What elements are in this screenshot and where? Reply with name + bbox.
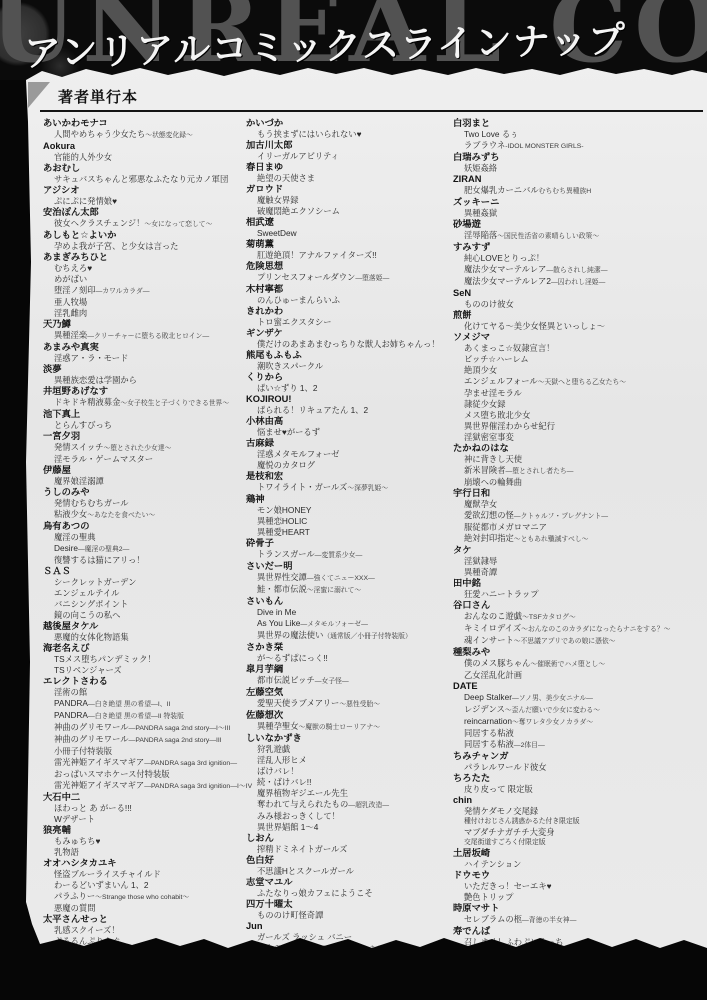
work-title: パラレルワールド彼女 (453, 762, 697, 773)
author-name: ガロウド (246, 184, 453, 195)
work-title: ぱい☆ずり 1、2 (246, 383, 453, 394)
work-title: マブダチナガチチ大変身 (453, 827, 697, 838)
author-name: あまぎみちひと (43, 252, 246, 263)
work-title: 崩壊への輪舞曲 (453, 477, 697, 488)
author-name: 白瑞みずち (453, 152, 697, 163)
work-title: Wデザート (43, 814, 246, 825)
work-title: 不思議Hとスクールガール (246, 866, 453, 877)
paper-fold-icon (28, 82, 50, 108)
work-title: 人間やめちゃう少女たち～状態変化録～ (43, 129, 246, 141)
work-title: 同居する粘液 (453, 728, 697, 739)
author-entry: 海老名えびTSメス堕ちパンデミック！TSリベンジャーズ (43, 643, 246, 676)
author-name: さかき栞 (246, 642, 453, 653)
author-name: 海老名えび (43, 643, 246, 654)
work-title: 淫惑メタモルフォーゼ (246, 449, 453, 460)
author-name: 相武遼 (246, 217, 453, 228)
author-name: ソメジマ (453, 332, 697, 343)
author-entry: 狼亮輔もみゅちち♥乳物語 (43, 825, 246, 858)
work-title: おんなのこ遊戯～TSFカタログ～ (453, 611, 697, 623)
work-title: 淫獄密室事変 (453, 432, 697, 443)
work-title: わーるどいずまいん 1、2 (43, 880, 246, 891)
work-title: もみゅちち♥ (43, 836, 246, 847)
author-name: 春日まゆ (246, 162, 453, 173)
work-title: 都市伝説ビッチ―女子怪― (246, 675, 453, 687)
work-title: 純心LOVEとりっぷ！ (453, 253, 697, 264)
work-title: 異種孕聖女～魔獣の騎士ローリアナ～ (246, 721, 453, 733)
work-title: とらんすびっち (43, 420, 246, 431)
author-name: Jun (246, 921, 453, 932)
author-name: 色白好 (246, 855, 453, 866)
author-name: あまみや真実 (43, 342, 246, 353)
work-title: ぷるるんぷりんぐ (43, 936, 246, 947)
author-name: たかねのはな (453, 443, 697, 454)
work-title: 肥女爆乳カーニバルむちむち異種族H (453, 185, 697, 197)
work-title: 搾精ドミネイトガールズ (246, 844, 453, 855)
work-title: reincarnation～奪ワレタ少女ノカラダ～ (453, 716, 697, 728)
author-name: 志堂マユル (246, 877, 453, 888)
author-name: うしのみや (43, 487, 246, 498)
work-title: エンジェルフォール～天獄へと堕ちる乙女たち～ (453, 376, 697, 388)
author-entry: SeNもののけ彼女 (453, 288, 697, 310)
author-entry: オオハシタカユキ怪盗ブルーライスチャイルドわーるどいずまいん 1、2パラふりー～… (43, 858, 246, 914)
work-title: 魔獣孕女 (453, 499, 697, 510)
author-entry: あまぎみちひとむちえろ♥めがばい堕淫ノ刻印―カワルカラダ―亜人牧場淫乳雌肉 (43, 252, 246, 319)
work-title: Dive in Me (246, 607, 453, 618)
work-title: 復讐するは猫にアリっ！ (43, 555, 246, 566)
work-title: 狩乳遊戯 (246, 744, 453, 755)
author-name: アジシオ (43, 185, 246, 196)
author-entry: 皐月芋綱都市伝説ビッチ―女子怪― (246, 664, 453, 687)
work-title: 悩ませ♥がーるず (246, 427, 453, 438)
section-title: 著者単行本 (58, 86, 697, 107)
author-entry: 木村寧都のんひゅーまんらいふ (246, 284, 453, 306)
author-entry: 危険思想プリンセスフォールダウン―堕落姫― (246, 261, 453, 284)
work-title: 皮り皮って 限定版 (453, 784, 697, 795)
author-entry: 相武遼SweetDew (246, 217, 453, 239)
work-title: 淫乳雌肉 (43, 308, 246, 319)
work-title: けものっ娘通信～理想のケモ娘、あなたにお届け♥～ (246, 943, 453, 955)
author-name: 熊尾もふもふ (246, 350, 453, 361)
work-title: 魔法少女マーテルレア2―囚われし淫姫― (453, 276, 697, 288)
work-title: 搾々みーとぱい (43, 947, 246, 958)
author-name: 四万十曜太 (246, 899, 453, 910)
author-name: 種梨みや (453, 647, 697, 658)
author-entry: きれかわトロ蜜エクスタシー (246, 306, 453, 328)
author-name: ちみチャンガ (453, 751, 697, 762)
author-name: 白羽まと (453, 118, 697, 129)
work-title: PANDRA―白き絶望 黒の希望―I、II (43, 698, 246, 710)
work-title: 魔界娘淫溺譚 (43, 476, 246, 487)
work-title: 異種淫楽―クリーチャーに堕ちる敗北ヒロイン― (43, 330, 246, 342)
work-title: 乳感スクイーズ！ (43, 925, 246, 936)
author-entry: アジシオぷにぷに発情娘♥ (43, 185, 246, 207)
author-entry: ガロウド魔触女界録破魔悶絶エクソシーム (246, 184, 453, 217)
author-name: 宇行日和 (453, 488, 697, 499)
author-name: 皐月芋綱 (246, 664, 453, 675)
work-title: 淫惑ア・ラ・モード (43, 353, 246, 364)
work-title: 粘液少女～あなたを食べたい～ (43, 509, 246, 521)
work-title: めがばい (43, 274, 246, 285)
author-name: 淡夢 (43, 364, 246, 375)
author-entry: 鶏神モン娘HONEY異種恋HOLIC異種愛HEART (246, 494, 453, 538)
author-entry: 烏有あつの魔淫の聖典Desire―魔淫の聖典2―復讐するは猫にアリっ！ (43, 521, 246, 566)
work-title: 魔触女界録 (246, 195, 453, 206)
author-name: くりから (246, 372, 453, 383)
work-title: 亜人牧場 (43, 297, 246, 308)
work-title: ほわっと あ がーる!!! (43, 803, 246, 814)
author-entry: 越後屋タケル悪魔的女体化物語集 (43, 621, 246, 643)
author-entry: 古麻録淫惑メタモルフォーゼ魔悦のカタログ (246, 438, 453, 471)
work-title: 服従都市メガロマニア (453, 522, 697, 533)
author-name: エレクトさわる (43, 676, 246, 687)
work-title: 魔法少女マーテルレア―散らされし純潔― (453, 264, 697, 276)
column-left: あいかわモナコ人間やめちゃう少女たち～状態変化録～Aokura官能的人外少女あお… (43, 118, 246, 978)
author-entry: ドウモウいただきっ！セーエキ♥艶色トリップ (453, 870, 697, 903)
work-title: 同居する粘液―2体目― (453, 739, 697, 751)
author-name: ズッキーニ (453, 197, 697, 208)
work-title: イリーガルアビリティ (246, 151, 453, 162)
author-name: 寿でんば (453, 926, 697, 937)
work-title: トロ蜜エクスタシー (246, 317, 453, 328)
work-title: セレブラムの柩―背徳の半女神― (453, 914, 697, 926)
work-title: PANDRA―白き絶望 黒の希望―II 特装版 (43, 710, 246, 722)
work-title: 続・ばけバレ!! (246, 777, 453, 788)
work-title: As You Like―メタモルフォーゼ― (246, 618, 453, 630)
work-title: もののけ彼女 (453, 299, 697, 310)
author-entry: 種梨みや僕のメス豚ちゃん～催眠術でハメ堕とし～乙女淫乱化計画 (453, 647, 697, 681)
author-entry: 田中銘狂愛ハニートラップ (453, 578, 697, 600)
work-title: もののけ町怪奇譚 (246, 910, 453, 921)
work-title: ふたなりっ娘カフェにようこそ (246, 888, 453, 899)
author-name: 佐藤想次 (246, 710, 453, 721)
author-entry: かいづかもう挟まずにはいられない♥ (246, 118, 453, 140)
author-entry: ギンザケ僕だけのあまあまむっちりな獣人お姉ちゃんっ！ (246, 328, 453, 350)
work-title: プリンセスフォールダウン―堕落姫― (246, 272, 453, 284)
work-title: 魂インサート～不思議アプリであの娘に憑依～ (453, 635, 697, 647)
author-entry: 淡夢異種族恋愛は学園から (43, 364, 246, 386)
work-title: Deep Stalker―ソノ男、美少女ニナル― (453, 692, 697, 704)
author-entry: 左藤空気愛聖天使ラブメアリー～悪性受胎～ (246, 687, 453, 710)
author-name: 谷口さん (453, 600, 697, 611)
author-entry: うしのみや発情むちむちガール粘液少女～あなたを食べたい～ (43, 487, 246, 521)
work-title: SweetDew (246, 228, 453, 239)
scanned-page: UNREAL COM アンリアルコミックスラインナップ 著者単行本 あいかわモナ… (0, 0, 707, 1000)
work-title: 潮吹きスパークル (246, 361, 453, 372)
work-title: 異世界娼館 1～4 (246, 822, 453, 833)
author-entry: 一宮夕羽発情スイッチ～堕とされた少女達～淫モラル・ゲームマスター (43, 431, 246, 465)
author-entry: ＳＡＳシークレットガーデンエンジェルテイルバニシングポイント鏡の向こうの私へ (43, 566, 246, 621)
author-name: 加古川太郎 (246, 140, 453, 151)
work-title: トランスガール―変質系少女― (246, 549, 453, 561)
work-title: 狂愛ハニートラップ (453, 589, 697, 600)
author-name: 危険思想 (246, 261, 453, 272)
author-name: 井垣野あげなす (43, 386, 246, 397)
author-entry: ソメジマあくまっこ☆奴隷宣言！ビッチ☆ハーレム絶頂少女エンジェルフォール～天獄へ… (453, 332, 697, 443)
work-title: 怪盗ブルーライスチャイルド (43, 869, 246, 880)
work-title: 発情スイッチ～堕とされた少女達～ (43, 442, 246, 454)
work-title: 淫モラル・ゲームマスター (43, 454, 246, 465)
work-title: サキュバスちゃんと邪悪なふたなり元カノ軍団 (43, 174, 246, 185)
work-title: Two Love るぅ (453, 129, 697, 140)
author-entry: 安治ぽん太郎彼女へクラスチェンジ！～女になって恋して～ (43, 207, 246, 230)
author-name: オオハシタカユキ (43, 858, 246, 869)
author-name: 是枝和宏 (246, 471, 453, 482)
author-entry: 砕骨子トランスガール―変質系少女― (246, 538, 453, 561)
author-entry: 寿でんば召しませ！ふわぷにえっち (453, 926, 697, 948)
author-name: 田中銘 (453, 578, 697, 589)
author-entry: エレクトさわる淫術の館PANDRA―白き絶望 黒の希望―I、IIPANDRA―白… (43, 676, 246, 792)
author-name: すみすず (453, 242, 697, 253)
author-entry: KOJIROU!ぱられる！リキュアたん 1、2 (246, 394, 453, 416)
work-title: ドキドキ精液募金～女子校生と子づくりできる世界～ (43, 397, 246, 409)
author-name: 鶏神 (246, 494, 453, 505)
work-title: 発情ケダモノ交尾録 (453, 806, 697, 817)
author-name: しおん (246, 833, 453, 844)
work-title: パラふりー～Strange those who cohabit～ (43, 891, 246, 903)
author-entry: あいかわモナコ人間やめちゃう少女たち～状態変化録～ (43, 118, 246, 141)
work-title: 神曲のグリモワール―PANDRA saga 2nd story―I～III (43, 722, 246, 734)
work-title: ハイテンション (453, 859, 697, 870)
work-title: ラブラウネ-IDOL MONSTER GIRLS- (453, 140, 697, 152)
work-title: 孕めよ我が子宮、と少女は言った (43, 241, 246, 252)
author-entry: 宇行日和魔獣孕女愛欲幻想の怪―クトゥルフ・プレグナント―服従都市メガロマニア絶対… (453, 488, 697, 545)
work-title: 乙女淫乱化計画 (453, 670, 697, 681)
work-title: 異世界性交譚―強くてニューXXX― (246, 572, 453, 584)
work-title: 愛聖天使ラブメアリー～悪性受胎～ (246, 698, 453, 710)
work-title: 小冊子付特装版 (43, 746, 246, 757)
author-entry: さかき栞が～るずぱにっく!! (246, 642, 453, 664)
author-entry: 大石中二ほわっと あ がーる!!!Wデザート (43, 792, 246, 825)
author-entry: 砂場遊淫辱陥落～国民性活省の素晴らしい政策～ (453, 219, 697, 242)
work-title: 魔淫の聖典 (43, 532, 246, 543)
author-name: しいなかずき (246, 733, 453, 744)
author-entry: 白瑞みずち妖姫姦絡 (453, 152, 697, 174)
work-title: 雷光神姫アイギスマギア―PANDRA saga 3rd ignition― (43, 757, 246, 769)
work-title: が～るずぱにっく!! (246, 653, 453, 664)
work-title: ハメこみ！―壁穴つき住居へようこそ― (43, 958, 246, 970)
author-entry: DATEDeep Stalker―ソノ男、美少女ニナル―レジデンス～歪んだ願いで… (453, 681, 697, 751)
author-entry: ズッキーニ異種姦獄 (453, 197, 697, 219)
work-title: 化けてヤる～美少女怪異といっしょ～ (453, 321, 697, 332)
author-name: 砂場遊 (453, 219, 697, 230)
work-title: シークレットガーデン (43, 577, 246, 588)
author-entry: 白羽まとTwo Love るぅラブラウネ-IDOL MONSTER GIRLS- (453, 118, 697, 152)
author-name: chin (453, 795, 697, 806)
work-title: 新米冒険者―堕とされし者たち― (453, 465, 697, 477)
author-name: 越後屋タケル (43, 621, 246, 632)
work-title: 孕ませ淫モラル (453, 388, 697, 399)
work-title: 魔悦のカタログ (246, 460, 453, 471)
work-title: 魔界植物ギジエール先生 (246, 788, 453, 799)
author-name: DATE (453, 681, 697, 692)
page-header: UNREAL COM アンリアルコミックスラインナップ (0, 0, 707, 80)
work-title: 種付けおじさん誘惑かるた付き限定版 (453, 817, 697, 827)
author-name: Aokura (43, 141, 246, 152)
work-title: ブラックデザイア―雌堕ち性処理ペット― (246, 966, 453, 978)
work-title: 交尾街道すごろく付限定版 (453, 838, 697, 848)
author-name: 安治ぽん太郎 (43, 207, 246, 218)
work-title: 淫辱陥落～国民性活省の素晴らしい政策～ (453, 230, 697, 242)
author-entry: 谷口さんおんなのこ遊戯～TSFカタログ～キミイロデイズ～おんなのこのカラダになっ… (453, 600, 697, 647)
author-entry: しいなかずき狩乳遊戯淫乱人形ヒメばけバレ！続・ばけバレ!!魔界植物ギジエール先生… (246, 733, 453, 833)
work-title: ぷにぷに発情娘♥ (43, 196, 246, 207)
work-title: バニシングポイント (43, 599, 246, 610)
author-name: ZIRAN (453, 174, 697, 185)
author-entry: あまみや真実淫惑ア・ラ・モード (43, 342, 246, 364)
author-name: 古麻録 (246, 438, 453, 449)
column-middle: かいづかもう挟まずにはいられない♥加古川太郎イリーガルアビリティ春日まゆ絶望の天… (246, 118, 453, 978)
work-title: 絶対封印指定～ともあれ殲滅すべし～ (453, 533, 697, 545)
author-entry: 天乃鱒異種淫楽―クリーチャーに堕ちる敗北ヒロイン― (43, 319, 246, 342)
author-entry: 小林由高悩ませ♥がーるず (246, 416, 453, 438)
author-entry: ちろたた皮り皮って 限定版 (453, 773, 697, 795)
author-entry: 池下真上とらんすびっち (43, 409, 246, 431)
author-name: 天乃鱒 (43, 319, 246, 330)
work-title: ガールズ ラッシュ バニー (246, 932, 453, 943)
author-name: 池下真上 (43, 409, 246, 420)
author-entry: 志堂マユルふたなりっ娘カフェにようこそ (246, 877, 453, 899)
author-entry: 四万十曜太もののけ町怪奇譚 (246, 899, 453, 921)
author-entry: 熊尾もふもふ潮吹きスパークル (246, 350, 453, 372)
work-title: もう挟まずにはいられない♥ (246, 129, 453, 140)
work-title: おっぱいスマホケース付特装版 (43, 769, 246, 780)
author-name: ドウモウ (453, 870, 697, 881)
author-entry: 加古川太郎イリーガルアビリティ (246, 140, 453, 162)
author-entry: chin発情ケダモノ交尾録種付けおじさん誘惑かるた付き限定版マブダチナガチチ大変… (453, 795, 697, 848)
work-title: キミイロデイズ～おんなのこのカラダになったらナニをする？～ (453, 623, 697, 635)
author-name: さいもん (246, 596, 453, 607)
author-name: KOJIROU! (246, 394, 453, 405)
author-name: 狼亮輔 (43, 825, 246, 836)
work-title: 発情むちむちガール (43, 498, 246, 509)
author-name: 砕骨子 (246, 538, 453, 549)
author-entry: しょむブラックデザイア―雌堕ち性処理ペット― (246, 955, 453, 978)
author-name: 太平さんせっと (43, 914, 246, 925)
work-title: 肛遊絶頂！アナルファイターズ!! (246, 250, 453, 261)
work-title: 異種恋HOLIC (246, 516, 453, 527)
work-title: みみ様おっきくして！ (246, 811, 453, 822)
author-entry: たかねのはな神に背きし天使新米冒険者―堕とされし者たち―崩壊への輪舞曲 (453, 443, 697, 488)
work-title: TSメス堕ちパンデミック！ (43, 654, 246, 665)
author-entry: 土居坂崎ハイテンション (453, 848, 697, 870)
author-entry: 色白好不思議Hとスクールガール (246, 855, 453, 877)
work-title: メス堕ち敗北少女 (453, 410, 697, 421)
author-name: 土居坂崎 (453, 848, 697, 859)
work-title: 彼女へクラスチェンジ！～女になって恋して～ (43, 218, 246, 230)
author-name: あおむし (43, 163, 246, 174)
author-entry: すみすず純心LOVEとりっぷ！魔法少女マーテルレア―散らされし純潔―魔法少女マー… (453, 242, 697, 288)
author-entry: 佐藤想次異種孕聖女～魔獣の騎士ローリアナ～ (246, 710, 453, 733)
author-name: タケ (453, 545, 697, 556)
work-title: 悪魔の質問 (43, 903, 246, 914)
work-title: 異種姦獄 (453, 208, 697, 219)
work-title: Desire―魔淫の聖典2― (43, 543, 246, 555)
author-name: 小林由高 (246, 416, 453, 427)
work-title: 艶色トリップ (453, 892, 697, 903)
work-title: 僕のメス豚ちゃん～催眠術でハメ堕とし～ (453, 658, 697, 670)
work-title: 淫乱人形ヒメ (246, 755, 453, 766)
work-title: むちえろ♥ (43, 263, 246, 274)
work-title: 隷従少女録 (453, 399, 697, 410)
author-entry: トリスタ異種乙女レゾナンス (453, 948, 697, 970)
lineup-columns: あいかわモナコ人間やめちゃう少女たち～状態変化録～Aokura官能的人外少女あお… (26, 118, 707, 978)
work-title: 神に背きし天使 (453, 454, 697, 465)
work-title: 絶望の天使さま (246, 173, 453, 184)
author-name: さいだー明 (246, 561, 453, 572)
work-title: ぱられる！リキュアたん 1、2 (246, 405, 453, 416)
work-title: 召しませ！ふわぷにえっち (453, 937, 697, 948)
author-entry: タケ淫獄隷辱異種奇譚 (453, 545, 697, 578)
section-divider (40, 110, 703, 112)
work-title: 絶頂少女 (453, 365, 697, 376)
author-entry: Junガールズ ラッシュ バニーけものっ娘通信～理想のケモ娘、あなたにお届け♥～ (246, 921, 453, 955)
author-entry: 春日まゆ絶望の天使さま (246, 162, 453, 184)
work-title: 異種乙女レゾナンス (453, 959, 697, 970)
author-entry: くりからぱい☆ずり 1、2 (246, 372, 453, 394)
author-entry: さいもんDive in MeAs You Like―メタモルフォーゼ―異世界の魔… (246, 596, 453, 642)
author-entry: 煎餅化けてヤる～美少女怪異といっしょ～ (453, 310, 697, 332)
work-title: 愛欲幻想の怪―クトゥルフ・プレグナント― (453, 510, 697, 522)
author-entry: さいだー明異世界性交譚―強くてニューXXX―鮭・都市伝説～淫蜜に溺れて～ (246, 561, 453, 596)
work-title: ビッチ☆ハーレム (453, 354, 697, 365)
author-name: 伊藤屋 (43, 465, 246, 476)
work-title: トワイライト・ガールズ～深夢乳姫～ (246, 482, 453, 494)
author-entry: 菊萌薫肛遊絶頂！アナルファイターズ!! (246, 239, 453, 261)
author-name: 一宮夕羽 (43, 431, 246, 442)
work-title: 神曲のグリモワール―PANDRA saga 2nd story―III (43, 734, 246, 746)
author-name: 烏有あつの (43, 521, 246, 532)
author-name: SeN (453, 288, 697, 299)
author-entry: 伊藤屋魔界娘淫溺譚 (43, 465, 246, 487)
work-title: 異種族恋愛は学園から (43, 375, 246, 386)
author-name: あしもと☆よいか (43, 230, 246, 241)
work-title: 乳物語 (43, 847, 246, 858)
work-title: エンジェルテイル (43, 588, 246, 599)
author-name: 左藤空気 (246, 687, 453, 698)
author-name: しょむ (246, 955, 453, 966)
work-title: 官能的人外少女 (43, 152, 246, 163)
work-title: モン娘HONEY (246, 505, 453, 516)
author-name: かいづか (246, 118, 453, 129)
author-name: トリスタ (453, 948, 697, 959)
author-name: ＳＡＳ (43, 566, 246, 577)
work-title: 堕淫ノ刻印―カワルカラダ― (43, 285, 246, 297)
column-right: 白羽まとTwo Love るぅラブラウネ-IDOL MONSTER GIRLS-… (453, 118, 697, 978)
work-title: 淫術の館 (43, 687, 246, 698)
work-title: 破魔悶絶エクソシーム (246, 206, 453, 217)
author-entry: ZIRAN肥女爆乳カーニバルむちむち異種族H (453, 174, 697, 197)
work-title: あくまっこ☆奴隷宣言！ (453, 343, 697, 354)
author-name: ギンザケ (246, 328, 453, 339)
work-title: 淫獄隷辱 (453, 556, 697, 567)
author-name: 大石中二 (43, 792, 246, 803)
author-name: 煎餅 (453, 310, 697, 321)
work-title: 鮭・都市伝説～淫蜜に溺れて～ (246, 584, 453, 596)
paper-panel: 著者単行本 あいかわモナコ人間やめちゃう少女たち～状態変化録～Aokura官能的… (26, 62, 707, 962)
author-name: 時原マサト (453, 903, 697, 914)
author-entry: 井垣野あげなすドキドキ精液募金～女子校生と子づくりできる世界～ (43, 386, 246, 409)
work-title: 奪われて与えられたもの―超乳改造― (246, 799, 453, 811)
author-entry: ちみチャンガパラレルワールド彼女 (453, 751, 697, 773)
author-entry: あおむしサキュバスちゃんと邪悪なふたなり元カノ軍団 (43, 163, 246, 185)
author-name: きれかわ (246, 306, 453, 317)
work-title: いただきっ！セーエキ♥ (453, 881, 697, 892)
author-entry: あしもと☆よいか孕めよ我が子宮、と少女は言った (43, 230, 246, 252)
author-name: 木村寧都 (246, 284, 453, 295)
work-title: 悪魔的女体化物語集 (43, 632, 246, 643)
author-name: ちろたた (453, 773, 697, 784)
work-title: ばけバレ！ (246, 766, 453, 777)
